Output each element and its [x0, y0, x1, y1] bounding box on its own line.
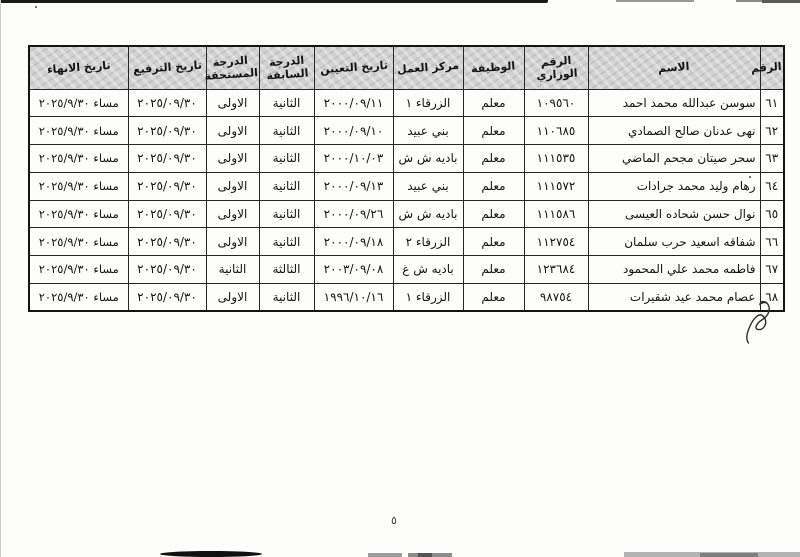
cell-due-grade: الاولى [206, 283, 259, 311]
cell-due-grade: الاولى [206, 89, 259, 117]
cell-previous-grade: الثانية [259, 117, 314, 145]
header-row: الرقم الاسم الرقم الوزاري الوظيفة مركز ا… [29, 46, 784, 89]
col-header-name: الاسم [588, 46, 760, 89]
cell-previous-grade: الثانية [259, 172, 314, 200]
cell-number: ٦١ [760, 89, 784, 117]
cell-ministry-number: ١١٢٧٥٤ [524, 228, 588, 256]
table-row: ٦٤ رهام وليد محمد جرادات ١١١٥٧٢ معلم بني… [29, 172, 784, 200]
cell-ministry-number: ١٢٣٦٨٤ [524, 256, 588, 284]
cell-promotion-date: ٢٠٢٥/٠٩/٣٠ [128, 117, 206, 145]
col-header-job: الوظيفة [463, 46, 524, 89]
cell-name: سوسن عبدالله محمد احمد [588, 89, 760, 117]
cell-number: ٦٥ [760, 200, 784, 228]
cell-ministry-number: ١١١٥٨٦ [524, 200, 588, 228]
cell-job: معلم [463, 145, 524, 173]
scan-artifact-top-edge [762, 0, 800, 3]
cell-hire-date: ١٩٩٦/١٠/١٦ [314, 283, 393, 311]
cell-work-center: بني عبيد [393, 117, 463, 145]
cell-promotion-date: ٢٠٢٥/٠٩/٣٠ [128, 89, 206, 117]
cell-number: ٦٤ [760, 172, 784, 200]
scan-artifact-bottom-edge [408, 553, 452, 557]
cell-work-center: بني عبيد [393, 172, 463, 200]
cell-ministry-number: ١١١٥٣٥ [524, 145, 588, 173]
cell-promotion-date: ٢٠٢٥/٠٩/٣٠ [128, 145, 206, 173]
cell-due-grade: الاولى [206, 200, 259, 228]
cell-promotion-date: ٢٠٢٥/٠٩/٣٠ [128, 256, 206, 284]
cell-number: ٦٧ [760, 256, 784, 284]
col-header-end-date: تاريخ الانهاء [29, 46, 128, 89]
cell-hire-date: ٢٠٠٠/٠٩/١١ [314, 89, 393, 117]
cell-end-date: مساء ٢٠٢٥/٩/٣٠ [29, 283, 128, 311]
cell-end-date: مساء ٢٠٢٥/٩/٣٠ [29, 89, 128, 117]
cell-job: معلم [463, 256, 524, 284]
cell-end-date: مساء ٢٠٢٥/٩/٣٠ [29, 256, 128, 284]
cell-job: معلم [463, 228, 524, 256]
cell-number: ٦٢ [760, 117, 784, 145]
cell-previous-grade: الثانية [259, 283, 314, 311]
cell-promotion-date: ٢٠٢٥/٠٩/٣٠ [128, 200, 206, 228]
cell-end-date: مساء ٢٠٢٥/٩/٣٠ [29, 117, 128, 145]
cell-end-date: مساء ٢٠٢٥/٩/٣٠ [29, 228, 128, 256]
scan-artifact-top-edge [0, 0, 548, 3]
col-header-number: الرقم [760, 46, 784, 89]
cell-due-grade: الثانية [206, 256, 259, 284]
cell-work-center: الزرقاء ١ [393, 89, 463, 117]
scan-speck [35, 6, 37, 8]
handwritten-initial-scribble [742, 300, 778, 346]
cell-name: نوال حسن شحاده العيسى [588, 200, 760, 228]
cell-due-grade: الاولى [206, 145, 259, 173]
scan-artifact-left-edge [0, 0, 1, 557]
cell-hire-date: ٢٠٠٠/١٠/٠٣ [314, 145, 393, 173]
cell-name: شفاقه اسعيد حرب سلمان [588, 228, 760, 256]
table-row: ٦١ سوسن عبدالله محمد احمد ١٠٩٥٦٠ معلم ال… [29, 89, 784, 117]
cell-name: رهام وليد محمد جرادات [588, 172, 760, 200]
cell-promotion-date: ٢٠٢٥/٠٩/٣٠ [128, 172, 206, 200]
col-header-previous-grade: الدرجة السابقة [259, 46, 314, 89]
cell-work-center: الزرقاء ٢ [393, 228, 463, 256]
table-row: ٦٨ عصام محمد عيد شقيرات ٩٨٧٥٤ معلم الزرق… [29, 283, 784, 311]
cell-work-center: باديه ش ش [393, 200, 463, 228]
cell-ministry-number: ١١١٥٧٢ [524, 172, 588, 200]
cell-hire-date: ٢٠٠٠/٠٩/١٣ [314, 172, 393, 200]
cell-previous-grade: الثانية [259, 200, 314, 228]
cell-hire-date: ٢٠٠٠/٠٩/٢٦ [314, 200, 393, 228]
cell-ministry-number: ٩٨٧٥٤ [524, 283, 588, 311]
cell-end-date: مساء ٢٠٢٥/٩/٣٠ [29, 200, 128, 228]
cell-due-grade: الاولى [206, 228, 259, 256]
cell-hire-date: ٢٠٠٠/٠٩/١٠ [314, 117, 393, 145]
scan-artifact-bottom-edge [368, 553, 402, 557]
cell-previous-grade: الثالثة [259, 256, 314, 284]
cell-promotion-date: ٢٠٢٥/٠٩/٣٠ [128, 283, 206, 311]
col-header-promotion-date: تاريخ الترفيع [128, 46, 206, 89]
table-row: ٦٧ فاطمه محمد علي المحمود ١٢٣٦٨٤ معلم با… [29, 256, 784, 284]
col-header-hire-date: تاريخ التعيين [314, 46, 393, 89]
cell-job: معلم [463, 117, 524, 145]
page-number: ٥ [391, 514, 397, 527]
col-header-due-grade: الدرجة المستحقة [206, 46, 259, 89]
col-header-work-center: مركز العمل [393, 46, 463, 89]
cell-end-date: مساء ٢٠٢٥/٩/٣٠ [29, 145, 128, 173]
cell-hire-date: ٢٠٠٠/٠٩/١٨ [314, 228, 393, 256]
cell-number: ٦٣ [760, 145, 784, 173]
cell-ministry-number: ١١٠٦٨٥ [524, 117, 588, 145]
cell-previous-grade: الثانية [259, 228, 314, 256]
cell-name: فاطمه محمد علي المحمود [588, 256, 760, 284]
cell-previous-grade: الثانية [259, 145, 314, 173]
table-row: ٦٣ سحر صيتان مجحم الماضي ١١١٥٣٥ معلم باد… [29, 145, 784, 173]
cell-name: عصام محمد عيد شقيرات [588, 283, 760, 311]
scan-artifact-bottom-edge [418, 553, 432, 557]
cell-number: ٦٦ [760, 228, 784, 256]
table-row: ٦٢ نهى عدنان صالح الصمادي ١١٠٦٨٥ معلم بن… [29, 117, 784, 145]
cell-due-grade: الاولى [206, 172, 259, 200]
cell-work-center: باديه ش غ [393, 256, 463, 284]
cell-job: معلم [463, 283, 524, 311]
cell-work-center: الزرقاء ١ [393, 283, 463, 311]
col-header-ministry-number: الرقم الوزاري [524, 46, 588, 89]
scan-artifact-bottom-edge [700, 553, 758, 557]
scan-artifact-bottom-edge [624, 552, 800, 557]
cell-promotion-date: ٢٠٢٥/٠٩/٣٠ [128, 228, 206, 256]
cell-due-grade: الاولى [206, 117, 259, 145]
cell-name: نهى عدنان صالح الصمادي [588, 117, 760, 145]
table-row: ٦٥ نوال حسن شحاده العيسى ١١١٥٨٦ معلم باد… [29, 200, 784, 228]
scanned-document-page: الرقم الاسم الرقم الوزاري الوظيفة مركز ا… [0, 0, 800, 557]
cell-end-date: مساء ٢٠٢٥/٩/٣٠ [29, 172, 128, 200]
cell-job: معلم [463, 89, 524, 117]
scan-artifact-bottom-edge [160, 551, 262, 557]
table-row: ٦٦ شفاقه اسعيد حرب سلمان ١١٢٧٥٤ معلم الز… [29, 228, 784, 256]
scan-artifact-top-edge [736, 0, 800, 2]
cell-hire-date: ٢٠٠٣/٠٩/٠٨ [314, 256, 393, 284]
cell-job: معلم [463, 200, 524, 228]
cell-previous-grade: الثانية [259, 89, 314, 117]
cell-work-center: باديه ش ش [393, 145, 463, 173]
employee-promotions-table: الرقم الاسم الرقم الوزاري الوظيفة مركز ا… [28, 45, 785, 312]
scan-artifact-top-edge [616, 0, 694, 2]
cell-ministry-number: ١٠٩٥٦٠ [524, 89, 588, 117]
cell-name: سحر صيتان مجحم الماضي [588, 145, 760, 173]
cell-job: معلم [463, 172, 524, 200]
